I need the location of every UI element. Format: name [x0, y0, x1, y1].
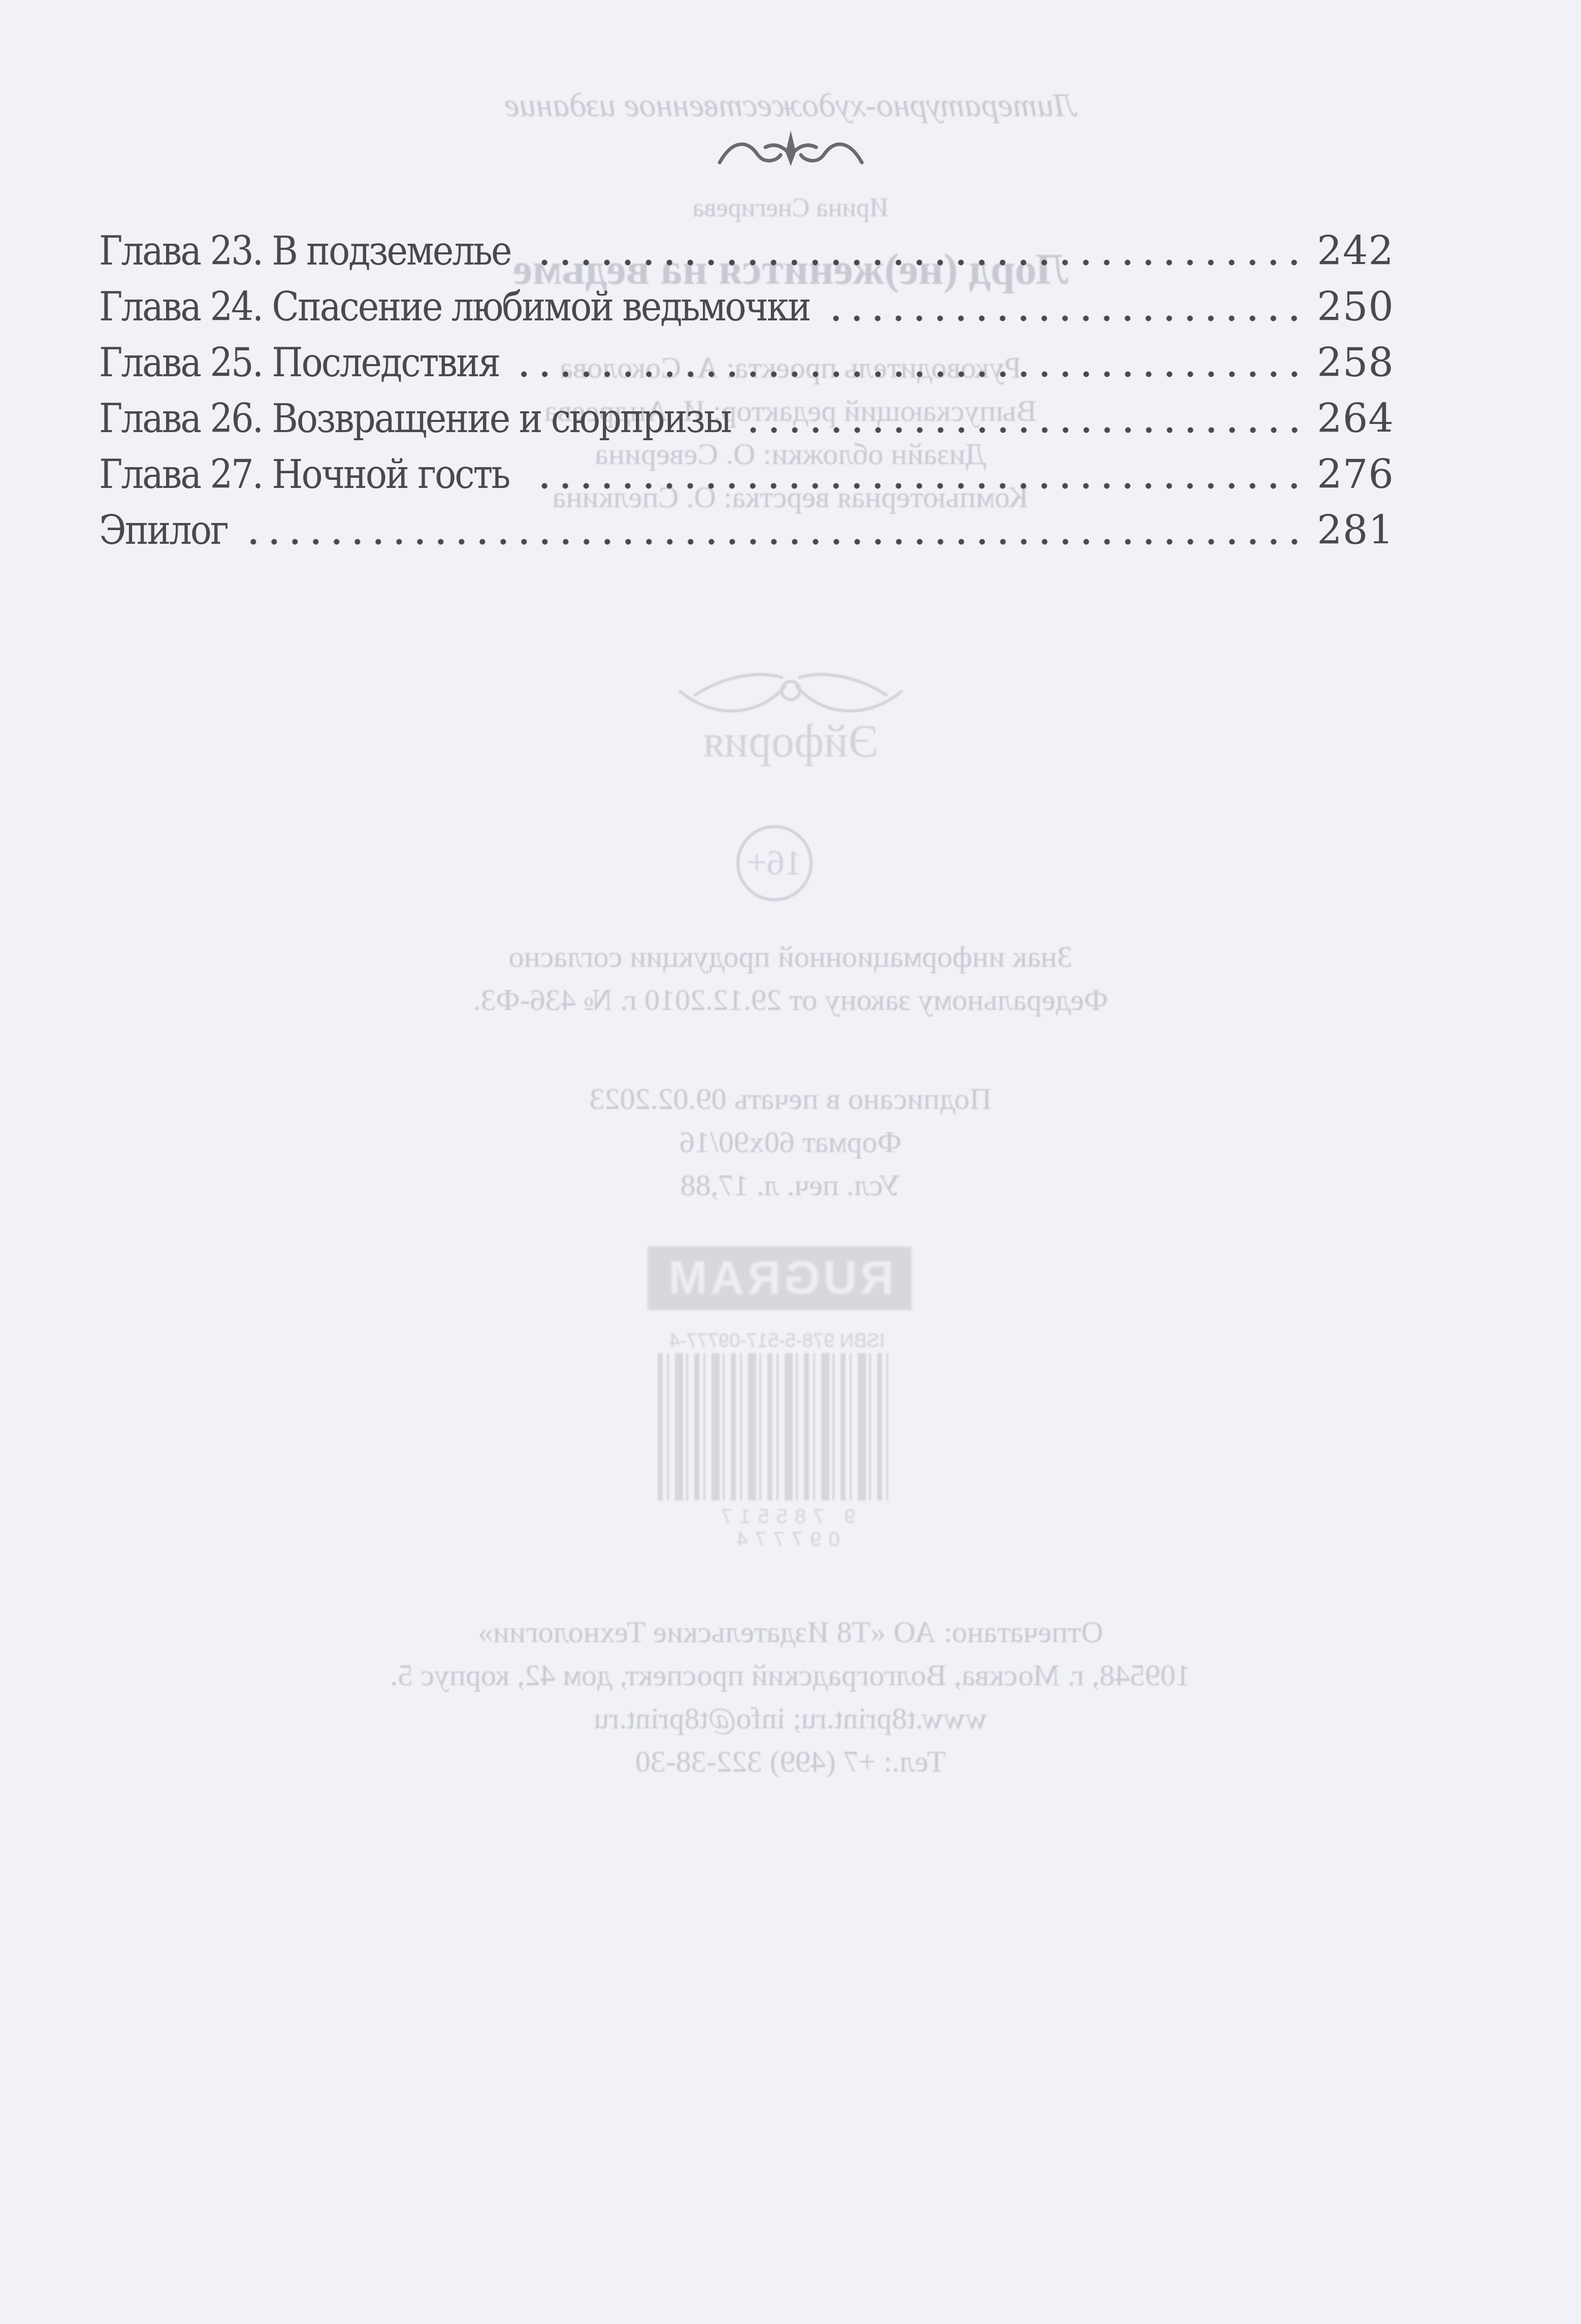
age-rating-badge: 16+	[736, 825, 813, 901]
toc-entry-page: 276	[1317, 447, 1394, 503]
ghost-printer-4: Тел.: +7 (499) 322-38-30	[0, 1744, 1581, 1779]
toc-entry-title: Глава 24. Спасение любимой ведьмочки	[99, 279, 810, 335]
toc-entry-title: Эпилог	[99, 503, 228, 559]
ghost-printer-1: Отпечатано: АО «T8 Издательские Технолог…	[0, 1615, 1581, 1650]
dot-leader	[527, 481, 1305, 491]
table-of-contents: Глава 23. В подземелье 242 Глава 24. Спа…	[99, 223, 1394, 559]
dot-leader	[518, 369, 1305, 379]
ghost-print-info-3: Усл. печ. л. 17,88	[0, 1168, 1581, 1203]
toc-entry-page: 258	[1317, 335, 1394, 391]
dot-leader	[529, 257, 1305, 268]
toc-entry: Глава 27. Ночной гость 276	[99, 447, 1394, 503]
toc-entry: Глава 23. В подземелье 242	[99, 223, 1394, 279]
toc-entry-page: 264	[1317, 391, 1394, 447]
dot-leader	[749, 425, 1305, 435]
toc-entry: Глава 24. Спасение любимой ведьмочки 250	[99, 279, 1394, 335]
toc-entry: Глава 25. Последствия 258	[99, 335, 1394, 391]
ghost-age-notice-1: Знак информационной продукции согласно	[0, 939, 1581, 974]
ornament-divider-icon	[717, 129, 864, 170]
dot-leader	[828, 313, 1305, 323]
ghost-edition-type: Литературно-художественное издание	[0, 86, 1581, 125]
ghost-author: Ирина Снегирева	[0, 193, 1581, 223]
ghost-print-info-2: Формат 60x90/16	[0, 1125, 1581, 1160]
ghost-print-info-1: Подписано в печать 09.02.2023	[0, 1082, 1581, 1117]
ghost-printer-3: www.t8print.ru; info@t8print.ru	[0, 1701, 1581, 1736]
toc-entry: Глава 26. Возвращение и сюрпризы 264	[99, 391, 1394, 447]
ghost-age-notice-2: Федеральному закону от 29.12.2010 г. № 4…	[0, 983, 1581, 1018]
ghost-printer-2: 109548, г. Москва, Волгоградский проспек…	[0, 1658, 1581, 1693]
toc-entry-page: 281	[1317, 503, 1394, 559]
toc-entry-title: Глава 27. Ночной гость	[99, 447, 509, 503]
toc-entry-page: 242	[1317, 223, 1394, 279]
isbn-text: ISBN 978-5-517-09777-4	[660, 1330, 894, 1352]
barcode-digits: 9 785517 097774	[658, 1505, 912, 1551]
svg-text:Эйфория: Эйфория	[703, 716, 878, 767]
toc-entry: Эпилог 281	[99, 503, 1394, 559]
dot-leader	[246, 537, 1305, 547]
rugram-badge: RUGRAM	[648, 1247, 912, 1310]
toc-entry-title: Глава 26. Возвращение и сюрпризы	[99, 391, 731, 447]
barcode-icon	[658, 1353, 891, 1500]
toc-entry-page: 250	[1317, 279, 1394, 335]
publisher-logo-icon: Эйфория	[664, 655, 918, 782]
book-page: Литературно-художественное издание Ирина…	[0, 0, 1581, 2324]
toc-entry-title: Глава 23. В подземелье	[99, 223, 510, 279]
toc-entry-title: Глава 25. Последствия	[99, 335, 499, 391]
